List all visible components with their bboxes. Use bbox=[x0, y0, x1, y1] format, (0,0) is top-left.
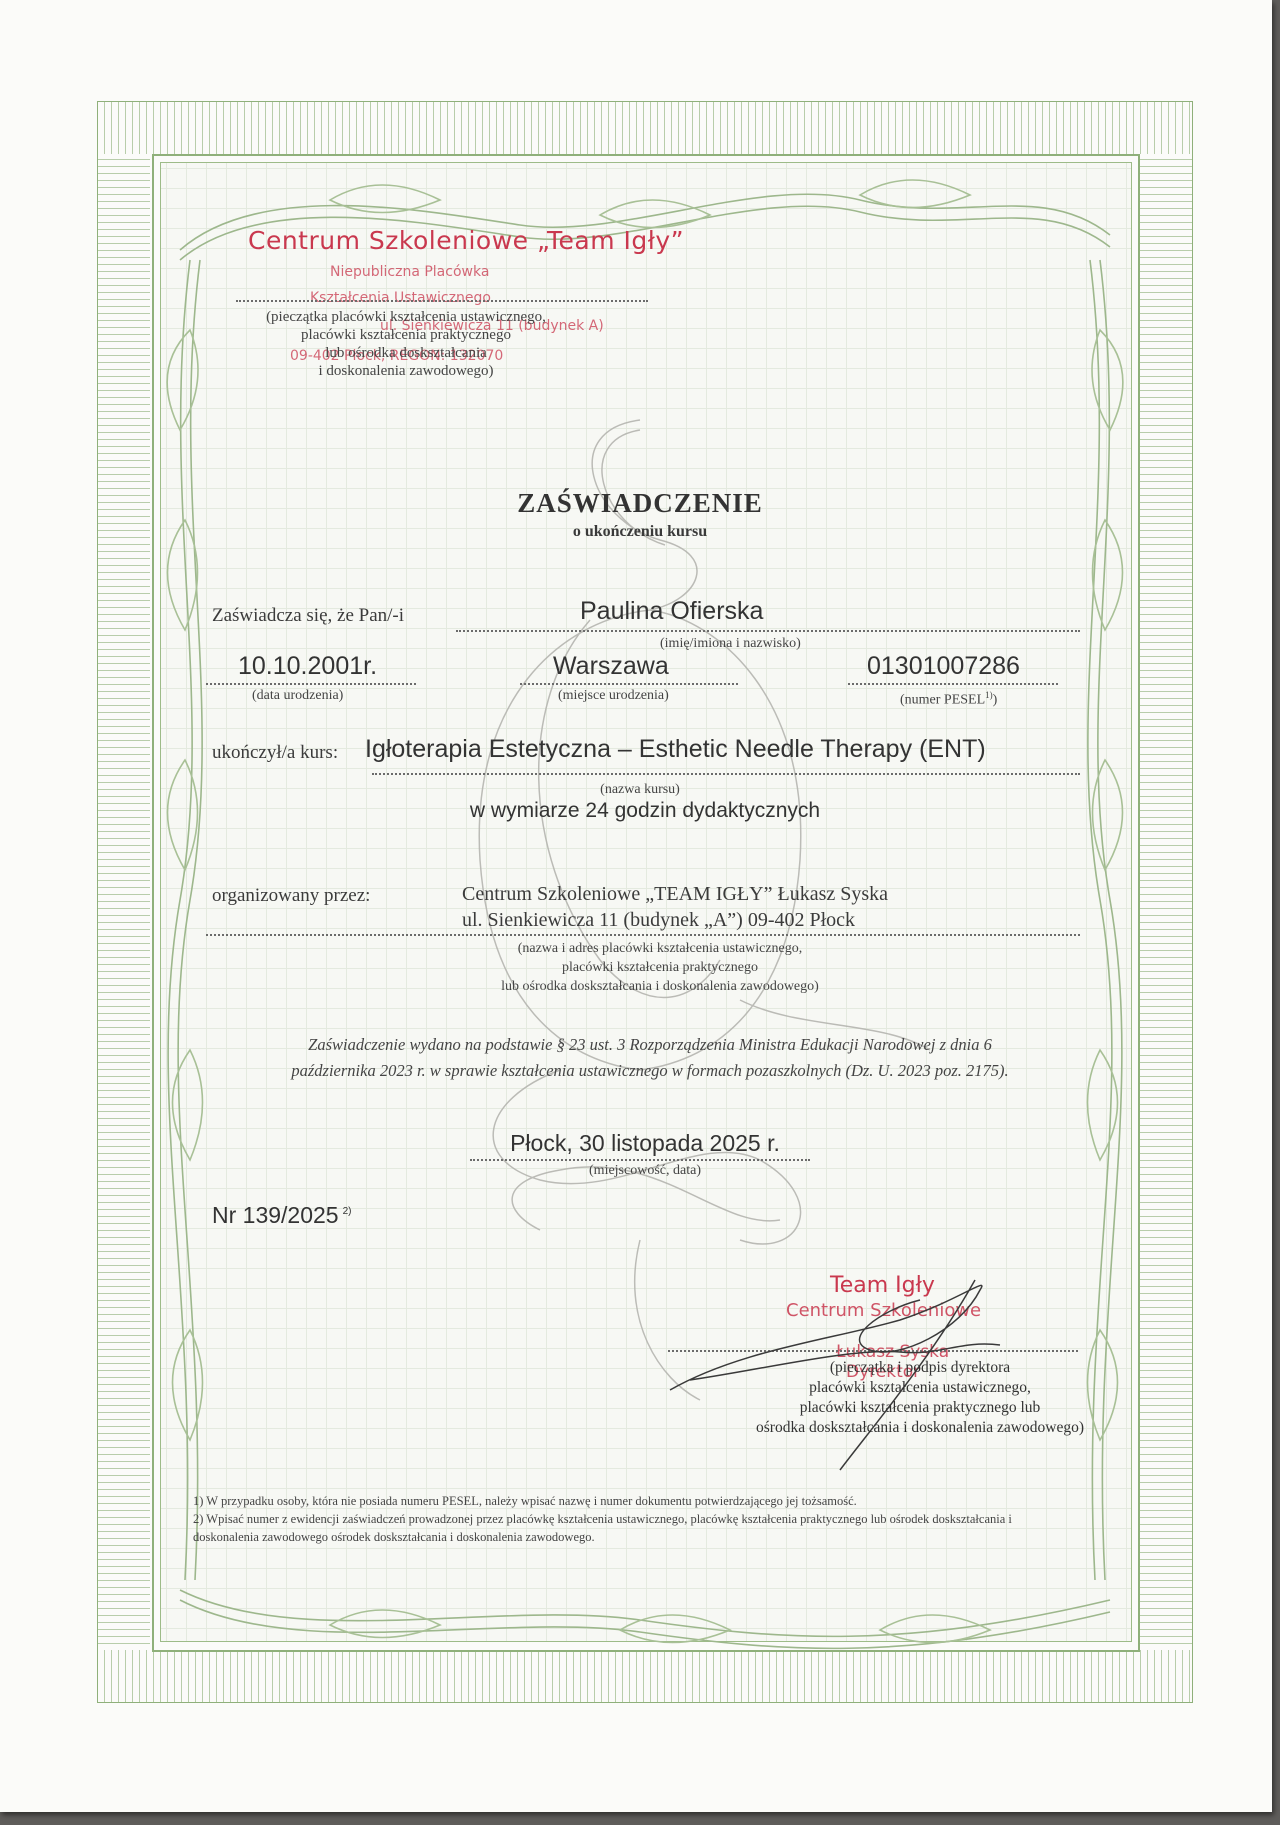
signature-caption: (pieczątka i podpis dyrektora placówki k… bbox=[700, 1358, 1140, 1438]
pesel-caption: (numer PESEL1)) bbox=[900, 690, 997, 709]
organizer-address: ul. Sienkiewicza 11 (budynek „A”) 09-402… bbox=[462, 909, 855, 932]
issuer-stamp-line: Niepubliczna Placówka bbox=[330, 264, 489, 280]
footnotes: 1) W przypadku osoby, która nie posiada … bbox=[193, 1492, 1073, 1546]
recipient-name: Paulina Ofierska bbox=[580, 597, 763, 626]
recipient-label: Zaświadcza się, że Pan/-i bbox=[212, 605, 404, 627]
organizer-label: organizowany przez: bbox=[212, 885, 370, 907]
footnote-2: 2) Wpisać numer z ewidencji zaświadczeń … bbox=[193, 1510, 1073, 1546]
organizer-name: Centrum Szkoleniowe „TEAM IGŁY” Łukasz S… bbox=[462, 883, 888, 906]
course-name-caption: (nazwa kursu) bbox=[0, 782, 1280, 798]
birth-date: 10.10.2001r. bbox=[238, 652, 377, 681]
issuer-stamp-caption: (pieczątka placówki kształcenia ustawicz… bbox=[236, 308, 576, 380]
certificate-paper: Centrum Szkoleniowe „Team Igły” Niepubli… bbox=[0, 0, 1272, 1812]
birth-place-caption: (miejsce urodzenia) bbox=[558, 688, 669, 704]
organizer-caption: (nazwa i adres placówki kształcenia usta… bbox=[380, 939, 940, 996]
document-subtitle: o ukończeniu kursu bbox=[0, 523, 1280, 541]
issuer-stamp-title: Centrum Szkoleniowe „Team Igły” bbox=[248, 226, 684, 255]
course-label: ukończył/a kurs: bbox=[212, 742, 338, 764]
director-stamp-line: Centrum Szkoleniowe bbox=[786, 1300, 981, 1321]
issue-place-date: Płock, 30 listopada 2025 r. bbox=[0, 1130, 1280, 1157]
footnote-1: 1) W przypadku osoby, która nie posiada … bbox=[193, 1492, 1073, 1510]
recipient-name-caption: (imię/imiona i nazwisko) bbox=[660, 636, 801, 652]
birth-date-caption: (data urodzenia) bbox=[252, 688, 343, 704]
pesel-number: 01301007286 bbox=[867, 652, 1020, 681]
certificate-number: Nr 139/20252) bbox=[212, 1202, 352, 1229]
course-hours: w wymiarze 24 godzin dydaktycznych bbox=[0, 799, 1280, 823]
issuer-stamp-line: Kształcenia Ustawicznego bbox=[310, 290, 491, 306]
birth-place: Warszawa bbox=[553, 652, 669, 681]
document-title: ZAŚWIADCZENIE bbox=[0, 488, 1280, 519]
issuer-stamp-dotline bbox=[236, 300, 648, 302]
course-name: Igłoterapia Estetyczna – Esthetic Needle… bbox=[365, 735, 986, 764]
issue-place-date-caption: (miejscowość, data) bbox=[0, 1163, 1280, 1179]
legal-basis: Zaświadczenie wydano na podstawie § 23 u… bbox=[220, 1032, 1080, 1084]
director-stamp-line: Team Igły bbox=[830, 1273, 935, 1298]
